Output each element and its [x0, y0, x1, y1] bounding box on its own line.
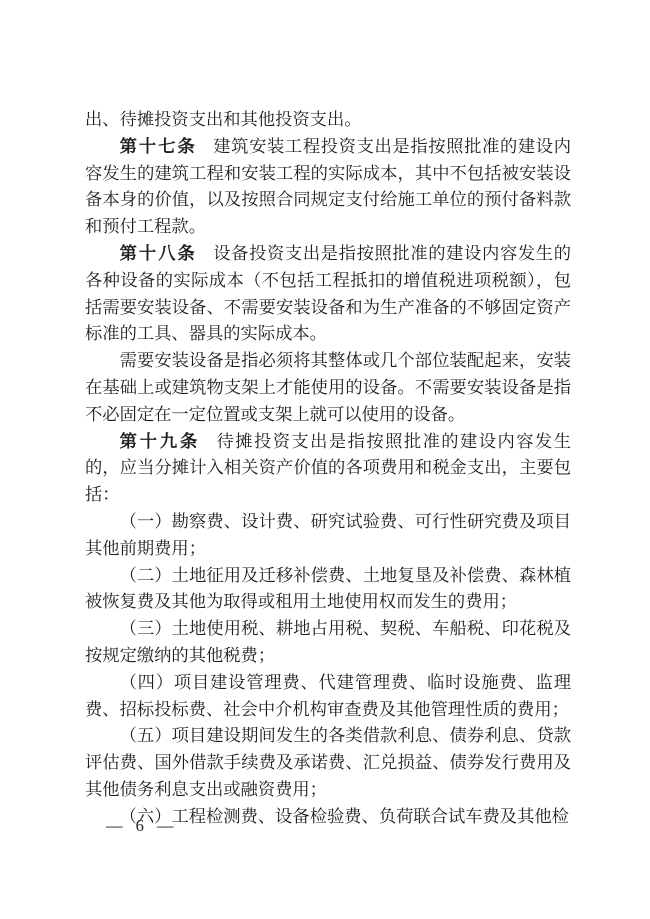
paragraph: 第十七条建筑安装工程投资支出是指按照批准的建设内容发生的建筑工程和安装工程的实际…	[85, 134, 571, 241]
paragraph-text: 需要安装设备是指必须将其整体或几个部位装配起来，安装在基础上或建筑物支架上才能使…	[85, 351, 571, 424]
document-page: 出、待摊投资支出和其他投资支出。第十七条建筑安装工程投资支出是指按照批准的建设内…	[0, 0, 650, 919]
paragraph-text: （五）项目建设期间发生的各类借款利息、债券利息、贷款评估费、国外借款手续费及承诺…	[85, 726, 571, 799]
paragraph: （二）土地征用及迁移补偿费、土地复垦及补偿费、森林植被恢复费及其他为取得或租用土…	[85, 563, 571, 617]
article-number: 第十九条	[120, 432, 200, 451]
page-footer: — 6 —	[106, 816, 175, 836]
paragraph: 第十九条待摊投资支出是指按照批准的建设内容发生的，应当分摊计入相关资产价值的各项…	[85, 429, 571, 509]
paragraph-text: 出、待摊投资支出和其他投资支出。	[85, 110, 362, 129]
paragraph: 需要安装设备是指必须将其整体或几个部位装配起来，安装在基础上或建筑物支架上才能使…	[85, 348, 571, 428]
paragraph-text: （六）工程检测费、设备检验费、负荷联合试车费及其他检	[120, 807, 569, 826]
document-body: 出、待摊投资支出和其他投资支出。第十七条建筑安装工程投资支出是指按照批准的建设内…	[85, 107, 571, 831]
article-number: 第十八条	[120, 244, 197, 263]
paragraph: （五）项目建设期间发生的各类借款利息、债券利息、贷款评估费、国外借款手续费及承诺…	[85, 723, 571, 803]
paragraph-text: （三）土地使用税、耕地占用税、契税、车船税、印花税及按规定缴纳的其他税费；	[85, 619, 571, 665]
paragraph-text: （四）项目建设管理费、代建管理费、临时设施费、监理费、招标投标费、社会中介机构审…	[85, 673, 571, 719]
article-number: 第十七条	[120, 137, 197, 156]
page-number: — 6 —	[106, 816, 175, 835]
paragraph: 出、待摊投资支出和其他投资支出。	[85, 107, 571, 134]
paragraph: 第十八条设备投资支出是指按照批准的建设内容发生的各种设备的实际成本（不包括工程抵…	[85, 241, 571, 348]
paragraph: （三）土地使用税、耕地占用税、契税、车船税、印花税及按规定缴纳的其他税费；	[85, 616, 571, 670]
paragraph: （一）勘察费、设计费、研究试验费、可行性研究费及项目其他前期费用；	[85, 509, 571, 563]
paragraph: （四）项目建设管理费、代建管理费、临时设施费、监理费、招标投标费、社会中介机构审…	[85, 670, 571, 724]
paragraph-text: （一）勘察费、设计费、研究试验费、可行性研究费及项目其他前期费用；	[85, 512, 571, 558]
paragraph-text: （二）土地征用及迁移补偿费、土地复垦及补偿费、森林植被恢复费及其他为取得或租用土…	[85, 566, 571, 612]
